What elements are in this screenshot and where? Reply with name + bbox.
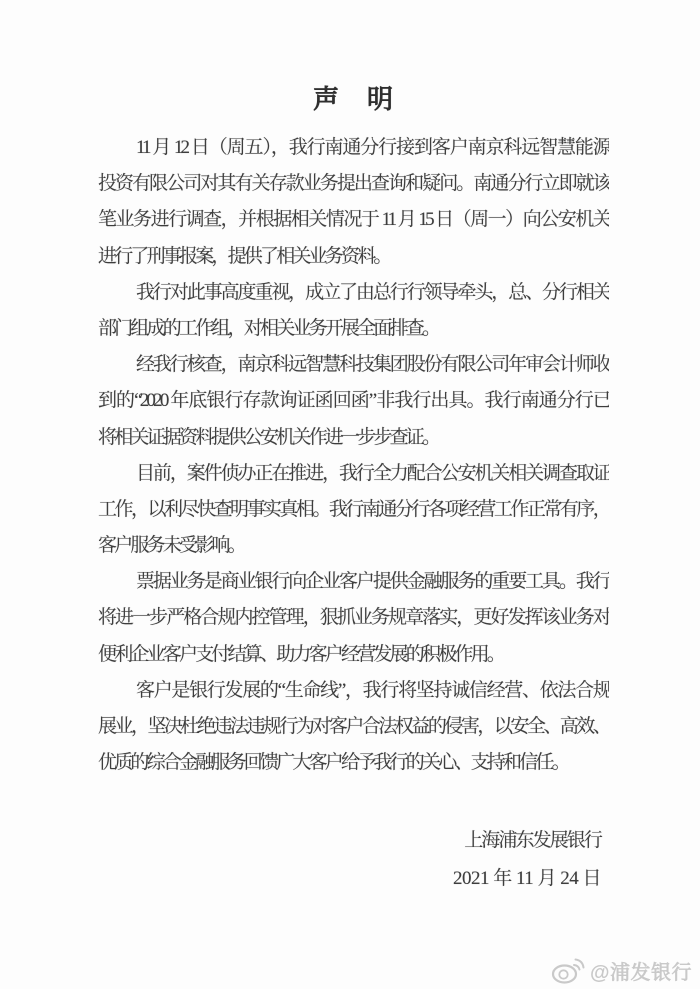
document-line: 11 月 12 日（周五），我行南通分行接到客户南京科远智慧能源 <box>98 130 609 166</box>
document-line: 投资有限公司对其有关存款业务提出查询和疑问。南通分行立即就该 <box>98 166 609 202</box>
document-line: 便利企业客户支付结算、助力客户经营发展的积极作用。 <box>98 637 609 673</box>
document-paragraphs: 11 月 12 日（周五），我行南通分行接到客户南京科远智慧能源投资有限公司对其… <box>98 130 609 781</box>
signature-date: 2021 年 11 月 24 日 <box>98 861 601 897</box>
paragraph: 经我行核查，南京科远智慧科技集团股份有限公司年审会计师收到的“2020 年底银行… <box>98 347 609 456</box>
scanned-statement-page: 声 明 11 月 12 日（周五），我行南通分行接到客户南京科远智慧能源投资有限… <box>0 0 700 989</box>
paragraph: 目前，案件侦办正在推进，我行全力配合公安机关相关调查取证工作，以利尽快查明事实真… <box>98 456 609 565</box>
document-line: 展业，坚决杜绝违法违规行为对客户合法权益的侵害，以安全、高效、 <box>98 709 609 745</box>
document-line: 目前，案件侦办正在推进，我行全力配合公安机关相关调查取证 <box>98 456 609 492</box>
paragraph: 11 月 12 日（周五），我行南通分行接到客户南京科远智慧能源投资有限公司对其… <box>98 130 609 275</box>
watermark-handle: @浦发银行 <box>590 956 692 985</box>
document-line: 部门组成的工作组，对相关业务开展全面排查。 <box>98 311 609 347</box>
document-line: 我行对此事高度重视，成立了由总行行领导牵头，总、分行相关 <box>98 275 609 311</box>
document-line: 到的“2020 年底银行存款询证函回函”非我行出具。我行南通分行已 <box>98 383 609 419</box>
weibo-watermark: @浦发银行 <box>551 955 692 985</box>
paragraph: 客户是银行发展的“生命线”，我行将坚持诚信经营、依法合规展业，坚决杜绝违法违规行… <box>98 673 609 782</box>
document-line: 票据业务是商业银行向企业客户提供金融服务的重要工具。我行 <box>98 564 609 600</box>
document-line: 优质的综合金融服务回馈广大客户给予我行的关心、支持和信任。 <box>98 745 609 781</box>
document-line: 客户服务未受影响。 <box>98 528 609 564</box>
weibo-icon <box>551 955 585 985</box>
signature-block: 上海浦东发展银行 2021 年 11 月 24 日 <box>98 823 609 897</box>
document-line: 进行了刑事报案，提供了相关业务资料。 <box>98 239 609 275</box>
paragraph: 我行对此事高度重视，成立了由总行行领导牵头，总、分行相关部门组成的工作组，对相关… <box>98 275 609 347</box>
document-line: 将相关证据资料提供公安机关作进一步步查证。 <box>98 420 609 456</box>
document-line: 经我行核查，南京科远智慧科技集团股份有限公司年审会计师收 <box>98 347 609 383</box>
document-line: 将进一步严格合规内控管理，狠抓业务规章落实，更好发挥该业务对 <box>98 600 609 636</box>
signature-bank-name: 上海浦东发展银行 <box>98 823 601 859</box>
document-line: 笔业务进行调查，并根据相关情况于 11 月 15 日（周一）向公安机关 <box>98 202 609 238</box>
page-title: 声 明 <box>98 84 609 116</box>
paragraph: 票据业务是商业银行向企业客户提供金融服务的重要工具。我行将进一步严格合规内控管理… <box>98 564 609 673</box>
document-line: 工作，以利尽快查明事实真相。我行南通分行各项经营工作正常有序， <box>98 492 609 528</box>
document-column: 声 明 11 月 12 日（周五），我行南通分行接到客户南京科远智慧能源投资有限… <box>98 0 609 897</box>
document-line: 客户是银行发展的“生命线”，我行将坚持诚信经营、依法合规 <box>98 673 609 709</box>
